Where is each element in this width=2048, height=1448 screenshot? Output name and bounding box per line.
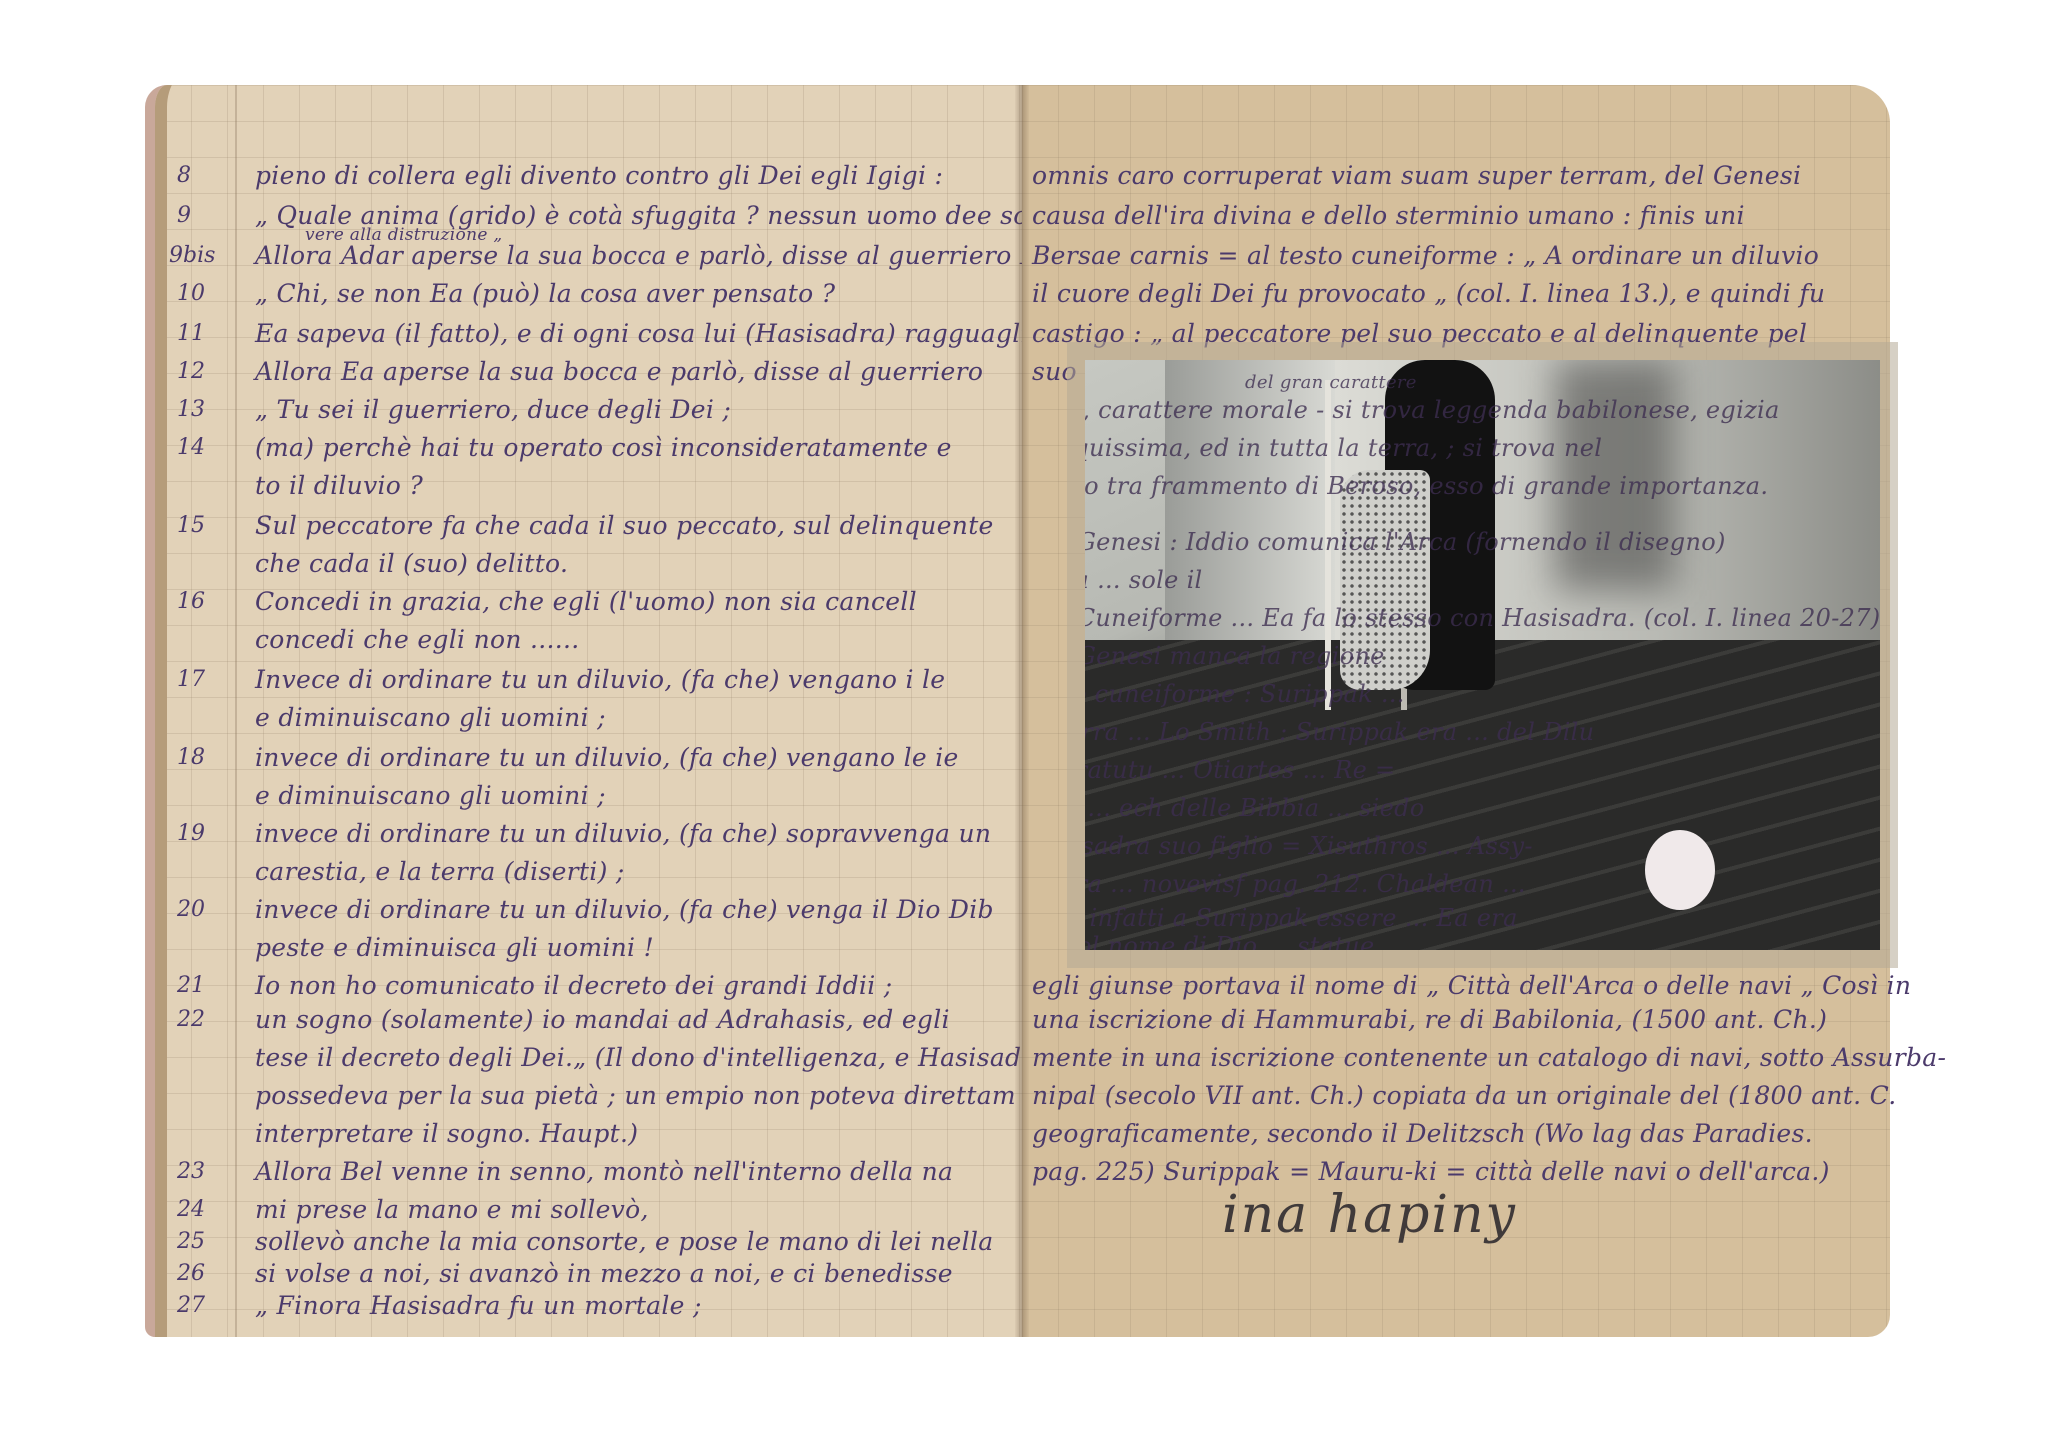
handwritten-line: in Dio tra frammento di Beroso, esso di …: [1085, 472, 1768, 500]
line-number: 21: [177, 973, 205, 998]
signature: ina hapiny: [1222, 1185, 1517, 1245]
line-number: 9: [177, 203, 191, 228]
handwritten-line: testo cuneiforme : Surippak ...: [1085, 680, 1405, 708]
handwritten-line: Invece di ordinare tu un diluvio, (fa ch…: [255, 665, 945, 694]
handwritten-line: Sul peccatore fa che cada il suo peccato…: [255, 511, 994, 540]
handwritten-line: mente in una iscrizione contenente un ca…: [1032, 1043, 1946, 1072]
handwritten-line: del gran carattere: [1245, 372, 1417, 393]
handwritten-line: un sogno (solamente) io mandai ad Adraha…: [255, 1005, 950, 1034]
left-page-text: 8 pieno di collera egli divento contro g…: [155, 85, 1022, 1337]
line-number: 11: [177, 321, 205, 346]
handwritten-line: invece di ordinare tu un diluvio, (fa ch…: [255, 819, 991, 848]
line-number: 9bis: [169, 243, 215, 268]
handwritten-line: Nel Genesi manca la regione: [1085, 642, 1385, 670]
handwritten-line: il cuore degli Dei fu provocato „ (col. …: [1032, 279, 1825, 308]
line-number: 24: [177, 1197, 205, 1222]
handwritten-line: Allora Bel venne in senno, montò nell'in…: [255, 1157, 953, 1186]
handwritten-line: Ubaratutu ... Otiartes ... Re =: [1085, 756, 1395, 784]
handwritten-line: ebes, carattere morale - si trova leggen…: [1085, 396, 1780, 424]
handwritten-line: nipal (secolo VII ant. Ch.) copiata da u…: [1032, 1081, 1896, 1110]
handwritten-line: to il diluvio ?: [255, 471, 423, 500]
left-page: 8 pieno di collera egli divento contro g…: [145, 85, 1022, 1337]
handwritten-line: omnis caro corruperat viam suam super te…: [1032, 161, 1801, 190]
line-number: 15: [177, 513, 205, 538]
line-number: 22: [177, 1007, 205, 1032]
handwritten-line: carestia, e la terra (diserti) ;: [255, 857, 625, 886]
handwritten-line: e diminuiscano gli uomini ;: [255, 703, 606, 732]
line-number: 20: [177, 897, 205, 922]
handwritten-line: pieno di collera egli divento contro gli…: [255, 161, 943, 190]
handwritten-line: interpretare il sogno. Haupt.): [255, 1119, 638, 1148]
handwritten-line: „ Chi, se non Ea (può) la cosa aver pens…: [255, 279, 835, 308]
handwritten-line: geograficamente, secondo il Delitzsch (W…: [1032, 1119, 1813, 1148]
handwritten-line: in terra ... Lo Smith : Surippak era ...…: [1085, 718, 1594, 746]
handwritten-line: Ea sapeva (il fatto), e di ogni cosa lui…: [255, 319, 1044, 348]
handwritten-line: Sam ... ech delle Bibbia ... siedo: [1085, 794, 1425, 822]
line-number: 18: [177, 745, 205, 770]
handwritten-line: antiquissima, ed in tutta la terra, ; si…: [1085, 434, 1602, 462]
handwritten-line: si volse a noi, si avanzò in mezzo a noi…: [255, 1259, 953, 1288]
line-number: 19: [177, 821, 205, 846]
photo-overlay-text: del gran carattere ebes, carattere moral…: [1085, 360, 1880, 950]
handwritten-line: possedeva per la sua pietà ; un empio no…: [255, 1081, 1016, 1110]
notebook-spread: 8 pieno di collera egli divento contro g…: [145, 85, 1890, 1337]
line-number: 10: [177, 281, 205, 306]
handwritten-line: Nel Cuneiforme ... Ea fa lo stesso con H…: [1085, 604, 1880, 632]
handwritten-line: Io non ho comunicato il decreto dei gran…: [255, 971, 893, 1000]
line-number: 16: [177, 589, 205, 614]
handwritten-line: Bersae carnis = al testo cuneiforme : „ …: [1032, 241, 1819, 270]
collaged-photograph: del gran carattere ebes, carattere moral…: [1085, 360, 1880, 950]
handwritten-line: Ubara ... novevisf pag. 212. Chaldean ..…: [1085, 870, 1526, 898]
handwritten-line: tese il decreto degli Dei.„ (Il dono d'i…: [255, 1043, 1088, 1072]
handwritten-line: Concedi in grazia, che egli (l'uomo) non…: [255, 587, 917, 616]
handwritten-line: da col nome di Dio ... statue: [1085, 932, 1374, 950]
line-number: 13: [177, 397, 205, 422]
handwritten-line: mi prese la mano e mi sollevò,: [255, 1195, 649, 1224]
handwritten-line: sollevò anche la mia consorte, e pose le…: [255, 1227, 993, 1256]
handwritten-line: invece di ordinare tu un diluvio, (fa ch…: [255, 895, 994, 924]
line-number: 8: [177, 163, 191, 188]
handwritten-line: causa dell'ira divina e dello sterminio …: [1032, 201, 1745, 230]
handwritten-line: egli giunse portava il nome di „ Città d…: [1032, 971, 1911, 1000]
handwritten-line: castigo : „ al peccatore pel suo peccato…: [1032, 319, 1807, 348]
line-number: 25: [177, 1229, 205, 1254]
handwritten-line: „ Tu sei il guerriero, duce degli Dei ;: [255, 395, 731, 424]
handwritten-line: „ Finora Hasisadra fu un mortale ;: [255, 1291, 702, 1320]
handwritten-line: Hasisadra suo figlio = Xisuthros ... Ass…: [1085, 832, 1533, 860]
handwritten-line: Allora Ea aperse la sua bocca e parlò, d…: [255, 357, 983, 386]
line-number: 27: [177, 1293, 205, 1318]
book-gutter: [1015, 85, 1029, 1337]
line-number: 23: [177, 1159, 205, 1184]
line-number: 26: [177, 1261, 205, 1286]
handwritten-line: e diminuiscano gli uomini ;: [255, 781, 606, 810]
handwritten-line: pag. 225) Surippak = Mauru-ki = città de…: [1032, 1157, 1830, 1186]
handwritten-line: pare infatti a Surippak essere ... Ea er…: [1085, 904, 1518, 932]
handwritten-line: Ea fa ... sole il: [1085, 566, 1203, 594]
line-number: 14: [177, 435, 205, 460]
handwritten-line: (ma) perchè hai tu operato così inconsid…: [255, 433, 952, 462]
handwritten-line: peste e diminuisca gli uomini !: [255, 933, 654, 962]
handwritten-line: Allora Adar aperse la sua bocca e parlò,…: [255, 241, 1054, 270]
handwritten-line: Nel Genesi : Iddio comunica l'Arca (forn…: [1085, 528, 1726, 556]
line-number: 12: [177, 359, 205, 384]
handwritten-line: invece di ordinare tu un diluvio, (fa ch…: [255, 743, 959, 772]
handwritten-line: una iscrizione di Hammurabi, re di Babil…: [1032, 1005, 1827, 1034]
handwritten-line: che cada il (suo) delitto.: [255, 549, 568, 578]
line-number: 17: [177, 667, 205, 692]
handwritten-line: concedi che egli non ......: [255, 625, 579, 654]
